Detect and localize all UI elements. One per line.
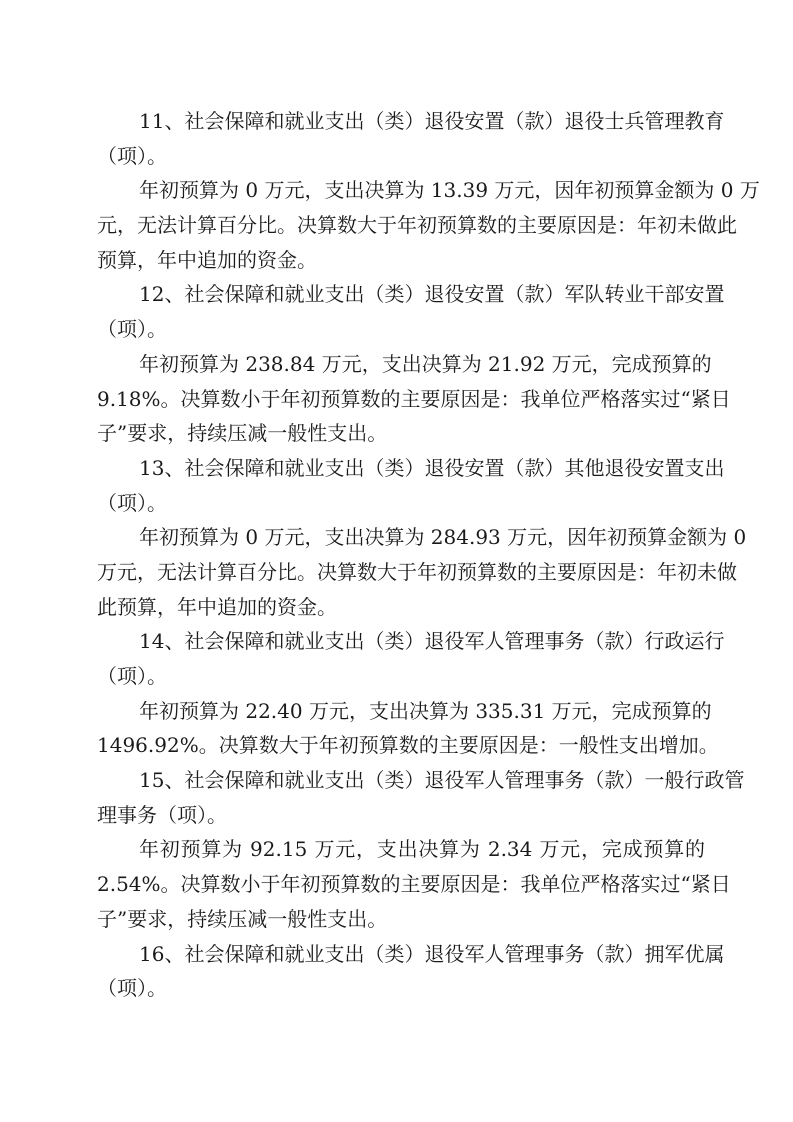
section-15: 15、社会保障和就业支出（类）退役军人管理事务（款）一般行政管 理事务（项）。 … — [97, 763, 705, 936]
paragraph-line: 年初预算为 0 万元，支出决算为 13.39 万元，因年初预算金额为 0 万 — [97, 173, 705, 208]
paragraph-line: 年初预算为 238.84 万元，支出决算为 21.92 万元，完成预算的 — [97, 347, 705, 382]
section-heading: 13、社会保障和就业支出（类）退役安置（款）其他退役安置支出 — [97, 451, 705, 486]
section-11: 11、社会保障和就业支出（类）退役安置（款）退役士兵管理教育 （项）。 年初预算… — [97, 104, 705, 277]
paragraph-line: 元，无法计算百分比。决算数大于年初预算数的主要原因是：年初未做此 — [97, 208, 705, 243]
paragraph-line: 1496.92%。决算数大于年初预算数的主要原因是：一般性支出增加。 — [97, 728, 705, 763]
paragraph-line: 2.54%。决算数小于年初预算数的主要原因是：我单位严格落实过“紧日 — [97, 867, 705, 902]
section-heading-cont: （项）。 — [97, 971, 705, 1006]
paragraph-line: 此预算，年中追加的资金。 — [97, 590, 705, 625]
section-heading: 14、社会保障和就业支出（类）退役军人管理事务（款）行政运行 — [97, 624, 705, 659]
section-14: 14、社会保障和就业支出（类）退役军人管理事务（款）行政运行 （项）。 年初预算… — [97, 624, 705, 763]
section-heading-cont: （项）。 — [97, 486, 705, 521]
section-heading-cont: （项）。 — [97, 659, 705, 694]
section-heading: 12、社会保障和就业支出（类）退役安置（款）军队转业干部安置 — [97, 277, 705, 312]
paragraph-line: 万元，无法计算百分比。决算数大于年初预算数的主要原因是：年初未做 — [97, 555, 705, 590]
document-page: 11、社会保障和就业支出（类）退役安置（款）退役士兵管理教育 （项）。 年初预算… — [97, 104, 705, 1006]
section-heading-cont: （项）。 — [97, 312, 705, 347]
paragraph-line: 年初预算为 92.15 万元，支出决算为 2.34 万元，完成预算的 — [97, 832, 705, 867]
section-heading-cont: （项）。 — [97, 139, 705, 174]
section-12: 12、社会保障和就业支出（类）退役安置（款）军队转业干部安置 （项）。 年初预算… — [97, 277, 705, 450]
paragraph-line: 年初预算为 0 万元，支出决算为 284.93 万元，因年初预算金额为 0 — [97, 520, 705, 555]
paragraph-line: 预算，年中追加的资金。 — [97, 243, 705, 278]
paragraph-line: 子”要求，持续压减一般性支出。 — [97, 902, 705, 937]
section-heading-cont: 理事务（项）。 — [97, 798, 705, 833]
paragraph-line: 子”要求，持续压减一般性支出。 — [97, 416, 705, 451]
section-13: 13、社会保障和就业支出（类）退役安置（款）其他退役安置支出 （项）。 年初预算… — [97, 451, 705, 624]
section-16: 16、社会保障和就业支出（类）退役军人管理事务（款）拥军优属 （项）。 — [97, 937, 705, 1006]
section-heading: 11、社会保障和就业支出（类）退役安置（款）退役士兵管理教育 — [97, 104, 705, 139]
paragraph-line: 9.18%。决算数小于年初预算数的主要原因是：我单位严格落实过“紧日 — [97, 382, 705, 417]
section-heading: 15、社会保障和就业支出（类）退役军人管理事务（款）一般行政管 — [97, 763, 705, 798]
paragraph-line: 年初预算为 22.40 万元，支出决算为 335.31 万元，完成预算的 — [97, 694, 705, 729]
section-heading: 16、社会保障和就业支出（类）退役军人管理事务（款）拥军优属 — [97, 937, 705, 972]
